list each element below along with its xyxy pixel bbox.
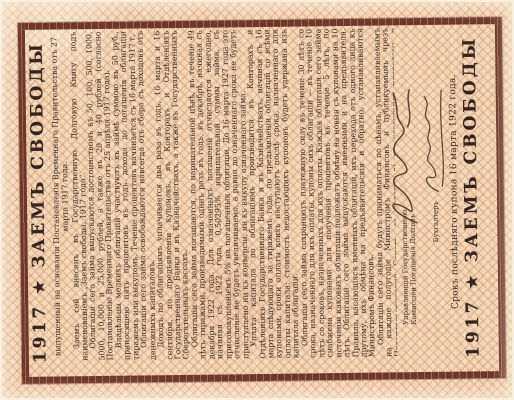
ornamental-meander-border: 1917 ★ ЗАЕМЪ СВОБОДЫ ★ 1917 выпущенный н… — [18, 17, 506, 384]
accountant-label: Бухгалтеръ — [431, 201, 440, 242]
bond-paragraph: Облигаціи сего займа погашаются, по нари… — [187, 29, 250, 359]
bond-title-bottom: 1917 ★ ЗАЕМЪ СВОБОДЫ ★ 1917 — [460, 24, 484, 357]
bond-paragraph: Доходъ по облигаціямъ уплачивается два р… — [153, 30, 191, 359]
bond-terms-text: Заемъ сей внесенъ въ Государственную Дол… — [68, 27, 397, 360]
official-signature — [383, 86, 425, 226]
bond-reverse-document: 1917 ★ ЗАЕМЪ СВОБОДЫ ★ 1917 выпущенный н… — [25, 24, 485, 363]
accountant-signature — [419, 84, 446, 194]
bond-paragraph: Уплата капитала по облигаціямъ производи… — [246, 29, 301, 359]
signature-block: Управляющій Государственною Комиссіей По… — [394, 29, 450, 355]
official-title-line2: Комиссіей Погашенія Долговъ — [409, 214, 418, 325]
issue-statement: выпущенный на основаніи Постановленія Вр… — [49, 35, 71, 356]
bond-paragraph: Облигаціи сего займа сохраняютъ платежну… — [297, 28, 377, 358]
bond-sheet: 1917 ★ ЗАЕМЪ СВОБОДЫ ★ 1917 выпущенный н… — [0, 0, 514, 400]
bond-title-top: 1917 ★ ЗАЕМЪ СВОБОДЫ ★ 1917 — [27, 30, 51, 363]
